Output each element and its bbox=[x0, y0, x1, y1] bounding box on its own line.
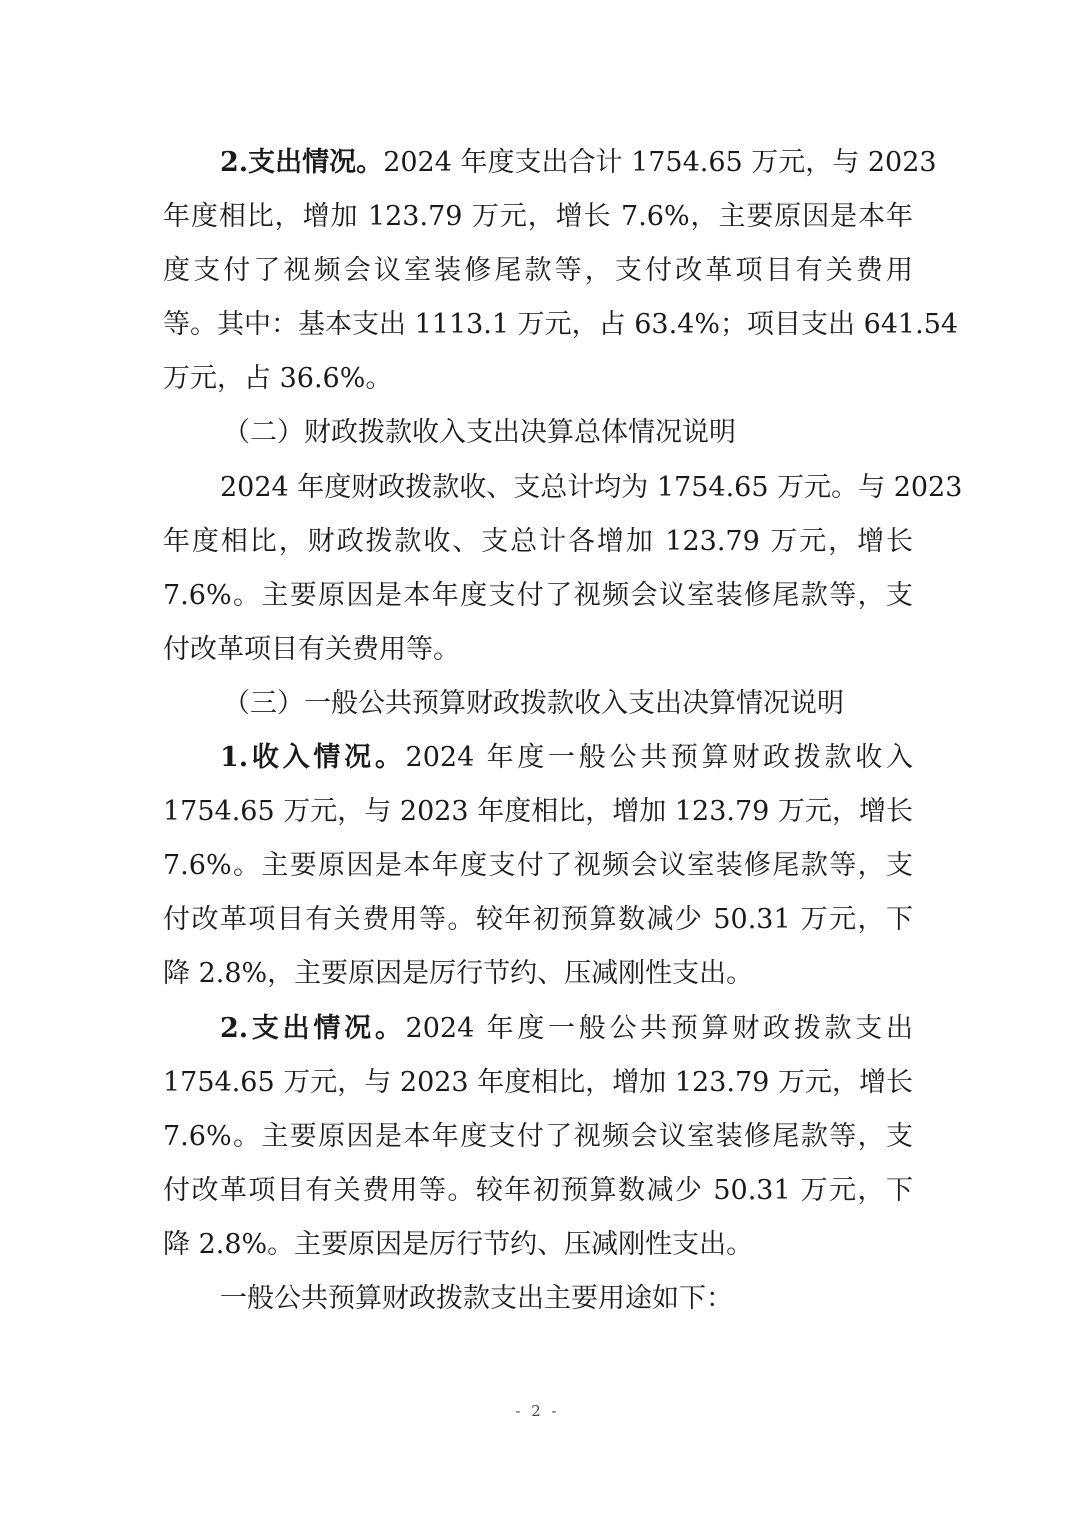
paragraph-line: 付改革项目有关费用等。较年初预算数减少 50.31 万元，下 bbox=[163, 1164, 913, 1218]
paragraph-text: 2024 年度一般公共预算财政拨款支出 bbox=[406, 1013, 913, 1044]
paragraph-line: 一般公共预算财政拨款支出主要用途如下： bbox=[163, 1272, 913, 1326]
paragraph-line: 1754.65 万元，与 2023 年度相比，增加 123.79 万元，增长 bbox=[163, 1056, 913, 1110]
paragraph-line: 降 2.8%。主要原因是厉行节约、压减刚性支出。 bbox=[163, 1218, 913, 1272]
document-page: 2.支出情况。2024 年度支出合计 1754.65 万元，与 2023 年度相… bbox=[0, 0, 1075, 1520]
paragraph-line: 2.支出情况。2024 年度支出合计 1754.65 万元，与 2023 bbox=[163, 136, 913, 190]
paragraph-line: 度支付了视频会议室装修尾款等，支付改革项目有关费用 bbox=[163, 244, 913, 298]
paragraph-lead: 2.支出情况。 bbox=[220, 147, 383, 178]
paragraph-lead: 1.收入情况。 bbox=[220, 742, 406, 773]
paragraph-line: 2.支出情况。2024 年度一般公共预算财政拨款支出 bbox=[163, 1002, 913, 1056]
paragraph-line: 降 2.8%，主要原因是厉行节约、压减刚性支出。 bbox=[163, 947, 913, 1001]
paragraph-line: 年度相比，增加 123.79 万元，增长 7.6%，主要原因是本年 bbox=[163, 190, 913, 244]
paragraph-line: 7.6%。主要原因是本年度支付了视频会议室装修尾款等，支 bbox=[163, 1110, 913, 1164]
section-heading: （二）财政拨款收入支出决算总体情况说明 bbox=[163, 406, 913, 460]
paragraph-line: 1754.65 万元，与 2023 年度相比，增加 123.79 万元，增长 bbox=[163, 785, 913, 839]
document-body: 2.支出情况。2024 年度支出合计 1754.65 万元，与 2023 年度相… bbox=[163, 136, 913, 1326]
paragraph-text: 2024 年度一般公共预算财政拨款收入 bbox=[406, 742, 913, 773]
paragraph-line: 付改革项目有关费用等。 bbox=[163, 623, 913, 677]
paragraph-line: 万元，占 36.6%。 bbox=[163, 352, 913, 406]
paragraph-line: 付改革项目有关费用等。较年初预算数减少 50.31 万元，下 bbox=[163, 893, 913, 947]
paragraph-text: 2024 年度支出合计 1754.65 万元，与 2023 bbox=[383, 147, 936, 178]
paragraph-line: 1.收入情况。2024 年度一般公共预算财政拨款收入 bbox=[163, 731, 913, 785]
section-heading: （三）一般公共预算财政拨款收入支出决算情况说明 bbox=[163, 677, 913, 731]
paragraph-line: 7.6%。主要原因是本年度支付了视频会议室装修尾款等，支 bbox=[163, 569, 913, 623]
paragraph-lead: 2.支出情况。 bbox=[220, 1013, 406, 1044]
page-number: - 2 - bbox=[0, 1402, 1075, 1420]
paragraph-line: 2024 年度财政拨款收、支总计均为 1754.65 万元。与 2023 bbox=[163, 461, 913, 515]
paragraph-line: 等。其中：基本支出 1113.1 万元，占 63.4%；项目支出 641.54 bbox=[163, 298, 913, 352]
paragraph-line: 年度相比，财政拨款收、支总计各增加 123.79 万元，增长 bbox=[163, 515, 913, 569]
paragraph-line: 7.6%。主要原因是本年度支付了视频会议室装修尾款等，支 bbox=[163, 839, 913, 893]
